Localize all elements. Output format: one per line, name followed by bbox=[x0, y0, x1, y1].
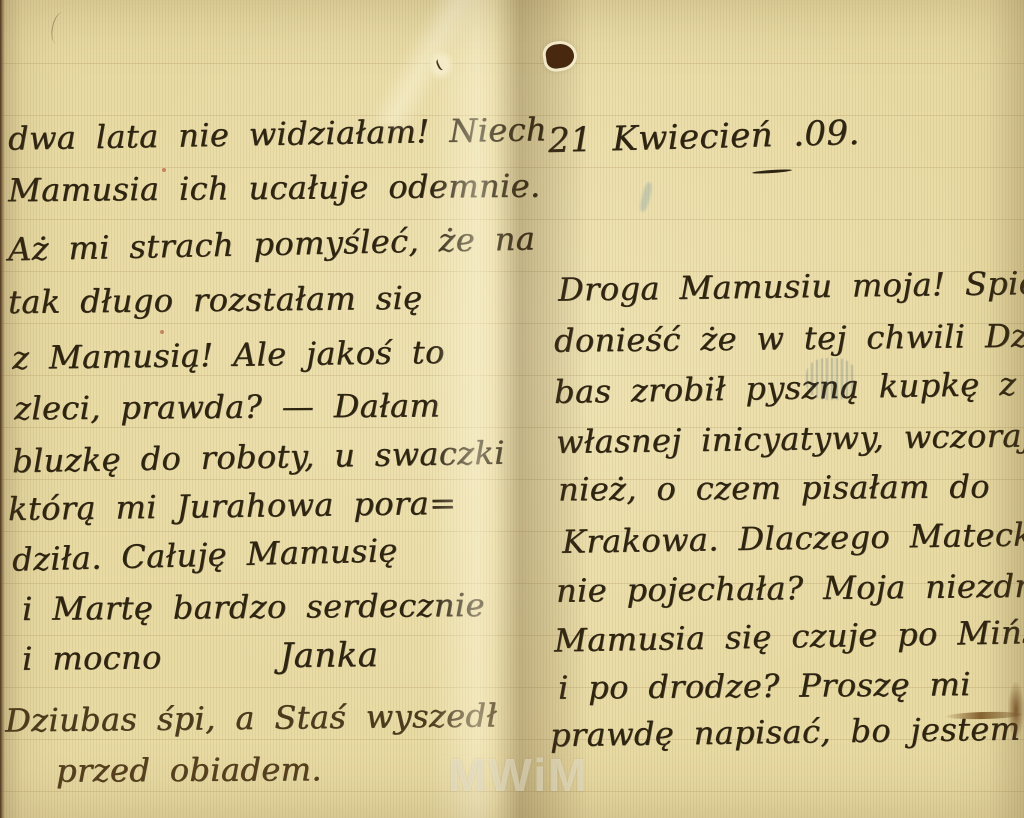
handwritten-line: zleci, prawda? — Dałam bbox=[14, 390, 440, 425]
rust-speck bbox=[160, 330, 164, 334]
handwritten-line: własnej inicyatywy, wczoraj rów= bbox=[556, 418, 1024, 458]
paper-hole bbox=[544, 42, 575, 70]
museum-watermark: MWiM bbox=[448, 748, 588, 802]
handwritten-line: i po drodze? Proszę mi bbox=[558, 668, 971, 704]
rust-speck bbox=[162, 168, 166, 172]
paper-tear bbox=[428, 50, 454, 80]
handwritten-line: nie pojechała? Moja niezdrowa bbox=[556, 569, 1024, 607]
page-left-edge-shadow bbox=[0, 0, 5, 818]
handwritten-line: Mamusia ich ucałuje odemnie. bbox=[8, 170, 541, 207]
letter-photo: dwa lata nie widziałam! Niech Mamusia ic… bbox=[0, 0, 1024, 818]
gray-blue-offset-smudge bbox=[806, 358, 856, 400]
handwritten-line-with-signature: i mocnoJanka bbox=[22, 638, 379, 676]
handwritten-line: którą mi Jurahowa pora= bbox=[8, 487, 457, 525]
signature: Janka bbox=[279, 638, 378, 673]
handwritten-line: dziła. Całuję Mamusię bbox=[12, 534, 398, 575]
handwritten-line: i Martę bardzo serdecznie bbox=[22, 589, 485, 625]
handwritten-line: dwa lata nie widziałam! Niech bbox=[8, 113, 547, 154]
handwritten-line: prawdę napisać, bo jestem bbox=[550, 713, 1021, 752]
letter-date: 21 Kwiecień .09. bbox=[548, 116, 860, 158]
handwritten-line: z Mamusią! Ale jakoś to bbox=[12, 336, 445, 374]
handwritten-line: i mocno bbox=[22, 638, 162, 677]
handwritten-line: Droga Mamusiu moja! Spieszę bbox=[558, 266, 1024, 305]
handwritten-line: donieść że w tej chwili Dziu= bbox=[554, 319, 1024, 357]
handwritten-line: tak długo rozstałam się bbox=[8, 282, 423, 318]
handwritten-line: przed obiadem. bbox=[56, 753, 322, 786]
pencil-scratch bbox=[49, 11, 70, 45]
handwritten-line: Dziubas śpi, a Staś wyszedł bbox=[5, 699, 497, 736]
handwritten-line: nież, o czem pisałam do bbox=[558, 470, 990, 505]
handwritten-line: Aż mi strach pomyśleć, że na bbox=[8, 222, 536, 265]
blue-ink-smudge bbox=[638, 181, 653, 212]
edge-stain bbox=[1008, 682, 1024, 738]
handwritten-line: bluzkę do roboty, u swaczki bbox=[12, 437, 505, 478]
handwritten-line: Krakowa. Dlaczego Matecka bbox=[562, 518, 1024, 558]
date-underline-flourish bbox=[752, 169, 792, 175]
handwritten-line: Mamusia się czuje po Mińsku bbox=[554, 615, 1024, 656]
handwritten-line: bas zrobił pyszną kupkę z bbox=[554, 368, 1017, 408]
